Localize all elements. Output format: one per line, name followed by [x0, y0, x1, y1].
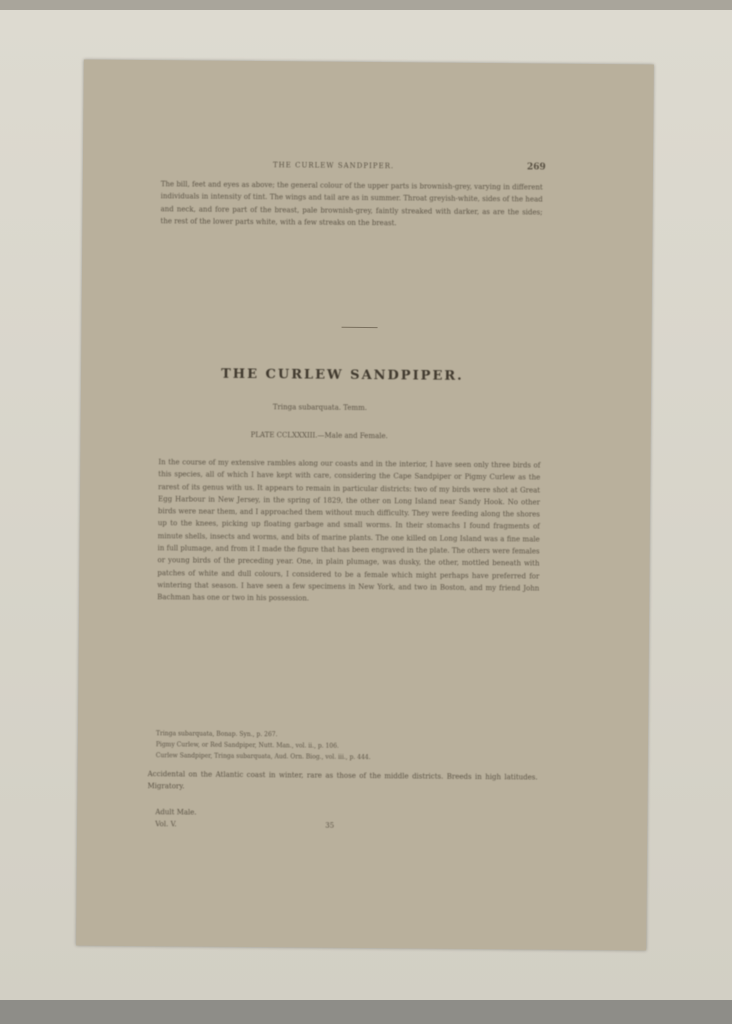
scientific-name: Tringa subarquata. Temm.	[273, 401, 367, 414]
intro-paragraph: The bill, feet and eyes as above; the ge…	[160, 178, 542, 231]
footer-note: Adult Male.	[155, 806, 196, 819]
page-title: THE CURLEW SANDPIPER.	[221, 369, 464, 383]
body-paragraph: In the course of my extensive rambles al…	[157, 456, 540, 607]
range-paragraph: Accidental on the Atlantic coast in wint…	[147, 768, 537, 796]
synonyms: Tringa subarquata, Bonap. Syn., p. 267. …	[156, 728, 516, 764]
plate-caption: PLATE CCLXXXIII.—Male and Female.	[251, 429, 388, 442]
footer-signature: 35	[325, 820, 334, 832]
book-page: THE CURLEW SANDPIPER. 269 The bill, feet…	[76, 60, 654, 951]
wall-top	[0, 0, 732, 10]
synonym: Curlew Sandpiper, Tringa subarquata, Aud…	[156, 750, 516, 764]
section-rule	[342, 327, 378, 328]
running-head: THE CURLEW SANDPIPER.	[273, 159, 394, 172]
footer-volume: Vol. V.	[155, 818, 176, 830]
page-number: 269	[527, 161, 546, 173]
frame-edge	[0, 1000, 732, 1024]
